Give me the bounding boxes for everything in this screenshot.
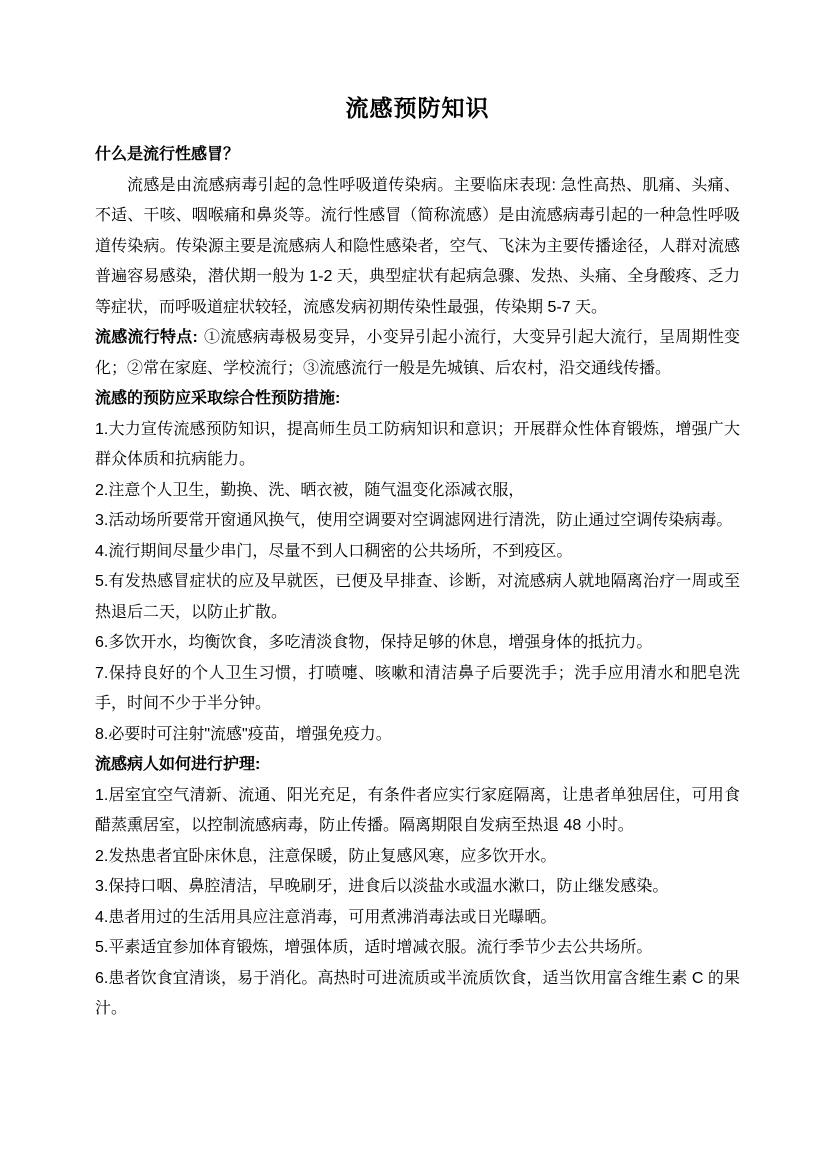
prevention-item: 6.多饮开水，均衡饮食，多吃清淡食物，保持足够的休息，增强身体的抵抗力。: [95, 628, 740, 659]
paragraph-flu-features: 流感流行特点:①流感病毒极易变异，小变异引起小流行，大变异引起大流行，呈周期性变…: [95, 323, 740, 384]
prevention-item: 7.保持良好的个人卫生习惯，打喷嚏、咳嗽和清洁鼻子后要洗手；洗手应用清水和肥皂洗…: [95, 659, 740, 720]
nursing-item: 5.平素适宜参加体育锻炼，增强体质，适时增减衣服。流行季节少去公共场所。: [95, 933, 740, 964]
nursing-item: 3.保持口咽、鼻腔清洁，早晚刷牙，进食后以淡盐水或温水漱口，防止继发感染。: [95, 872, 740, 903]
nursing-item: 1.居室宜空气清新、流通、阳光充足，有条件者应实行家庭隔离，让患者单独居住，可用…: [95, 781, 740, 842]
prevention-item: 5.有发热感冒症状的应及早就医，已便及早排查、诊断，对流感病人就地隔离治疗一周或…: [95, 567, 740, 628]
prevention-item: 4.流行期间尽量少串门，尽量不到人口稠密的公共场所，不到疫区。: [95, 537, 740, 568]
prevention-item: 1.大力宣传流感预防知识，提高师生员工防病知识和意识；开展群众性体育锻炼，增强广…: [95, 415, 740, 476]
nursing-item: 6.患者饮食宜清谈，易于消化。高热时可进流质或半流质饮食，适当饮用富含维生素 C…: [95, 964, 740, 1025]
section-heading-prevention: 流感的预防应采取综合性预防措施:: [95, 384, 740, 415]
prevention-item: 8.必要时可注射"流感"疫苗，增强免疫力。: [95, 720, 740, 751]
nursing-item: 2.发热患者宜卧床休息，注意保暖，防止复感风寒，应多饮开水。: [95, 842, 740, 873]
section-heading-what-is-flu: 什么是流行性感冒？: [95, 140, 740, 171]
page-title: 流感预防知识: [95, 94, 740, 124]
paragraph-flu-description: 流感是由流感病毒引起的急性呼吸道传染病。主要临床表现: 急性高热、肌痛、头痛、不…: [95, 171, 740, 324]
section-heading-nursing: 流感病人如何进行护理:: [95, 750, 740, 781]
document-page: 流感预防知识 什么是流行性感冒？ 流感是由流感病毒引起的急性呼吸道传染病。主要临…: [0, 0, 827, 1170]
prevention-item: 3.活动场所要常开窗通风换气，使用空调要对空调滤网进行清洗，防止通过空调传染病毒…: [95, 506, 740, 537]
prevention-item: 2.注意个人卫生，勤换、洗、晒衣被，随气温变化添减衣服，: [95, 476, 740, 507]
flu-features-label: 流感流行特点:: [95, 329, 204, 346]
nursing-item: 4.患者用过的生活用具应注意消毒，可用煮沸消毒法或日光曝晒。: [95, 903, 740, 934]
